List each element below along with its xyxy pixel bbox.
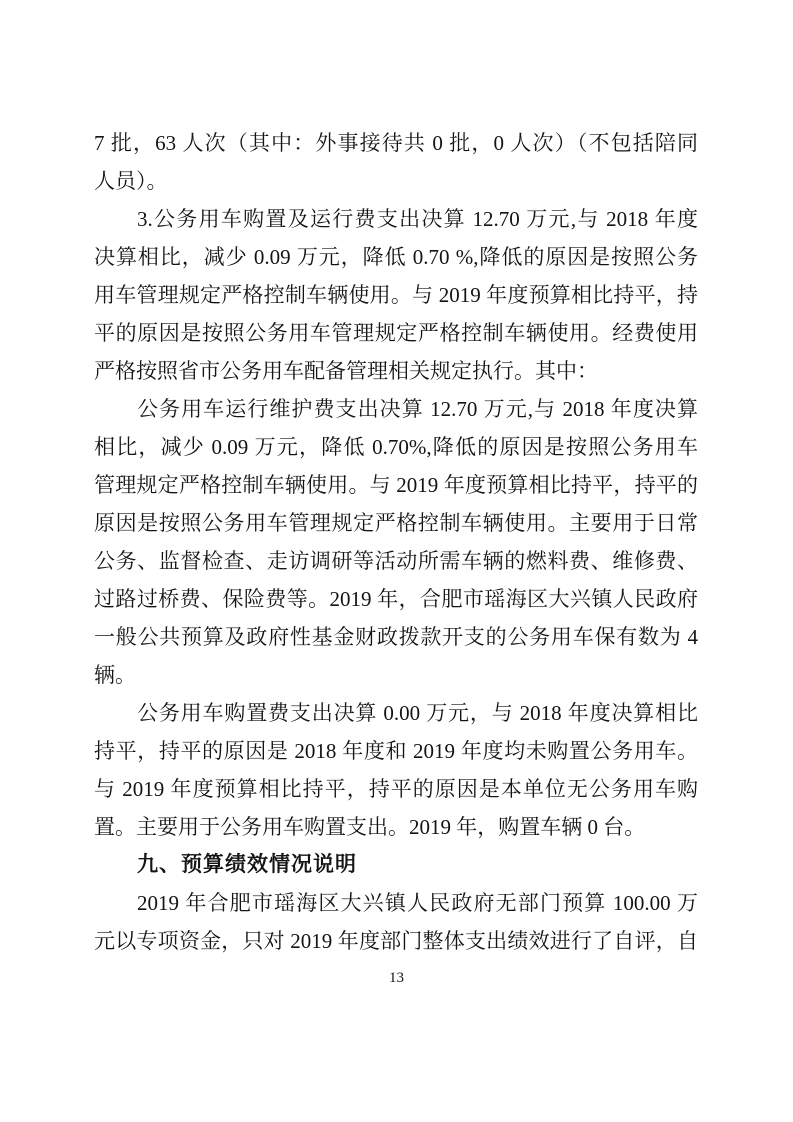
body-line: 2019 年合肥市瑶海区大兴镇人民政府无部门预算 100.00 万 bbox=[94, 884, 698, 922]
body-line: 3.公务用车购置及运行费支出决算 12.70 万元,与 2018 年度 bbox=[94, 200, 698, 238]
body-line: 置。主要用于公务用车购置支出。2019 年，购置车辆 0 台。 bbox=[94, 808, 698, 846]
body-line: 与 2019 年度预算相比持平，持平的原因是本单位无公务用车购 bbox=[94, 770, 698, 808]
body-line: 公务用车购置费支出决算 0.00 万元，与 2018 年度决算相比 bbox=[94, 694, 698, 732]
body-line: 一般公共预算及政府性基金财政拨款开支的公务用车保有数为 4 bbox=[94, 618, 698, 656]
page-number: 13 bbox=[0, 966, 793, 990]
body-line: 决算相比，减少 0.09 万元，降低 0.70 %,降低的原因是按照公务 bbox=[94, 238, 698, 276]
body-line: 持平，持平的原因是 2018 年度和 2019 年度均未购置公务用车。 bbox=[94, 732, 698, 770]
body-line: 人员）。 bbox=[94, 162, 698, 200]
body-line: 管理规定严格控制车辆使用。与 2019 年度预算相比持平，持平的 bbox=[94, 466, 698, 504]
body-line: 原因是按照公务用车管理规定严格控制车辆使用。主要用于日常 bbox=[94, 504, 698, 542]
body-line: 相比，减少 0.09 万元，降低 0.70%,降低的原因是按照公务用车 bbox=[94, 428, 698, 466]
document-page: 7 批，63 人次（其中：外事接待共 0 批，0 人次）（不包括陪同 人员）。 … bbox=[0, 0, 793, 1122]
section-heading: 九、预算绩效情况说明 bbox=[94, 846, 698, 884]
body-line: 公务、监督检查、走访调研等活动所需车辆的燃料费、维修费、 bbox=[94, 542, 698, 580]
body-line: 平的原因是按照公务用车管理规定严格控制车辆使用。经费使用 bbox=[94, 314, 698, 352]
body-line: 严格按照省市公务用车配备管理相关规定执行。其中： bbox=[94, 352, 698, 390]
body-line: 辆。 bbox=[94, 656, 698, 694]
body-line: 公务用车运行维护费支出决算 12.70 万元,与 2018 年度决算 bbox=[94, 390, 698, 428]
body-line: 用车管理规定严格控制车辆使用。与 2019 年度预算相比持平，持 bbox=[94, 276, 698, 314]
body-line: 过路过桥费、保险费等。2019 年，合肥市瑶海区大兴镇人民政府 bbox=[94, 580, 698, 618]
document-body: 7 批，63 人次（其中：外事接待共 0 批，0 人次）（不包括陪同 人员）。 … bbox=[94, 124, 698, 960]
body-line: 元以专项资金，只对 2019 年度部门整体支出绩效进行了自评，自 bbox=[94, 922, 698, 960]
body-line: 7 批，63 人次（其中：外事接待共 0 批，0 人次）（不包括陪同 bbox=[94, 124, 698, 162]
